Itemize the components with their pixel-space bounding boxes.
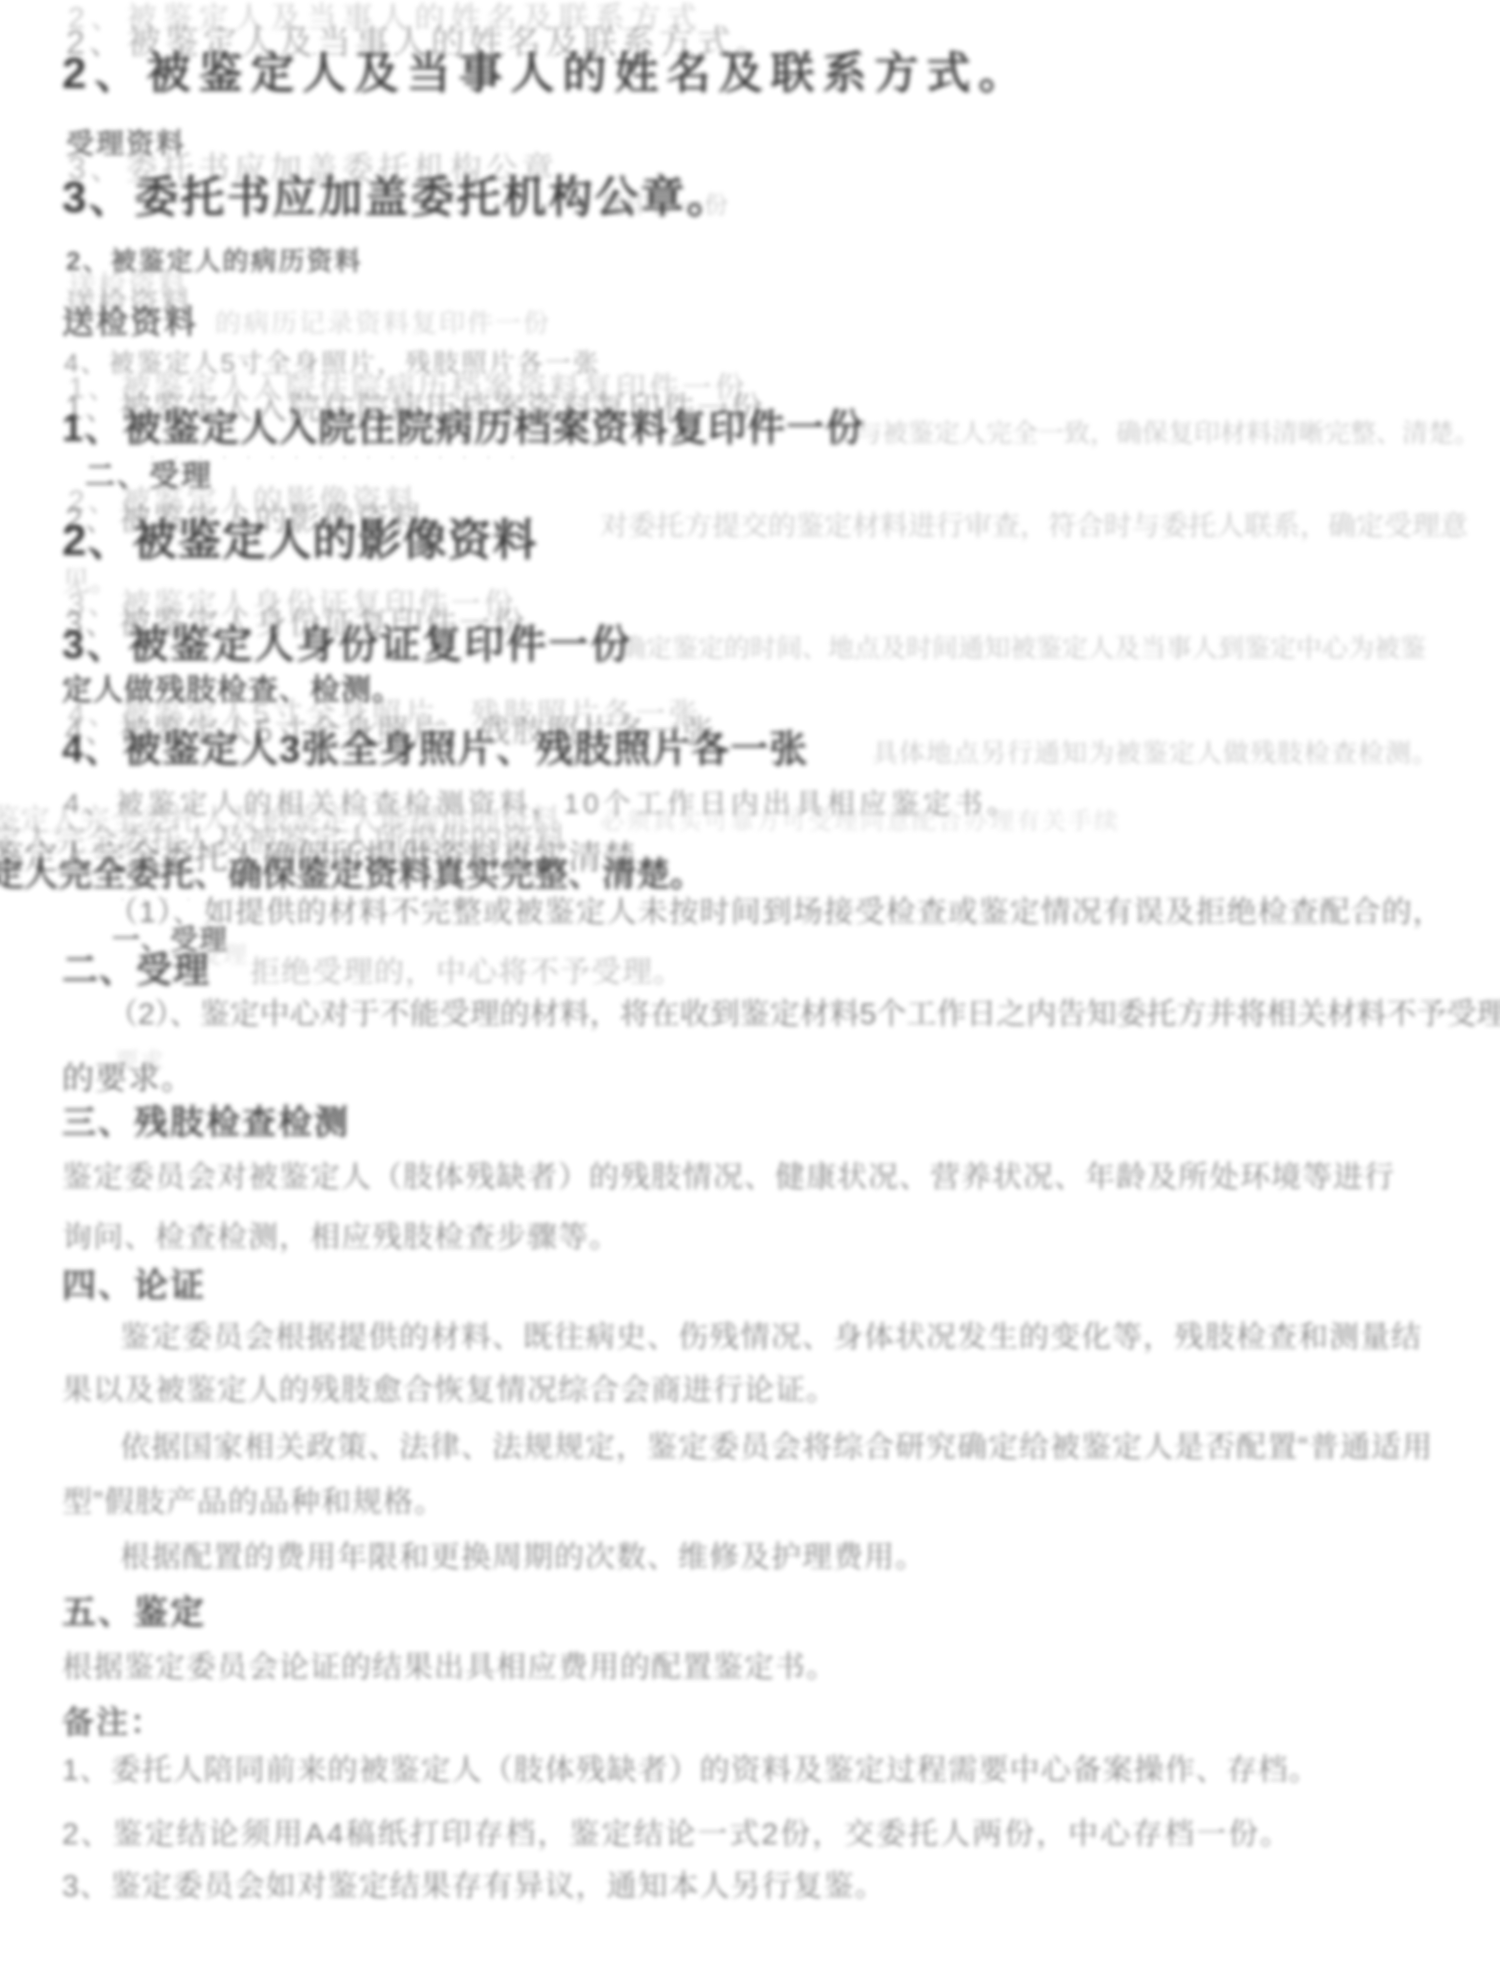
para-jianding: 根据鉴定委员会论证的结果出具相应费用的配置鉴定书。: [62, 1653, 837, 1683]
para-exam-2: 询问、检查检测，相应残肢检查步骤等。: [62, 1223, 620, 1253]
heading-note: 备注：: [62, 1706, 164, 1738]
item-photo: 4、被鉴定人3张全身照片、残肢照片各一张: [62, 731, 808, 769]
item-contact: 2、被鉴定人及当事人的姓名及联系方式。: [62, 52, 1030, 96]
tail-idcard: 确定鉴定的时间、地点及时间通知被鉴定人及当事人到鉴定中心为被鉴: [620, 635, 1426, 661]
heading-shouli: 二、受理: [62, 952, 210, 988]
wrap-reject-1: 拒绝受理的，中心将不予受理。: [250, 958, 684, 988]
tail-photo: 具体地点另行通知为被鉴定人做残肢检查检测。: [872, 740, 1439, 766]
document-page: 2、被鉴定人及当事人的姓名及联系方式．．．．．．．．．．．．．．．．．．．．．．…: [0, 0, 1500, 1966]
para-exam-1: 鉴定委员会对被鉴定人（肢体残缺者）的残肢情况、健康状况、营养状况、年龄及所处环境…: [62, 1163, 1395, 1193]
para-lunzheng-5: 根据配置的费用年限和更换周期的次数、维修及护理费用。: [120, 1543, 926, 1573]
tail-songjian: 的病历记录资料复印件一份: [215, 310, 551, 336]
item-hospital: 1、被鉴定人入院住院病历档案资料复印件一份: [62, 410, 864, 448]
note-3: 3、鉴定委员会如对鉴定结果存有异议，通知本人另行复鉴。: [62, 1872, 886, 1902]
tail-seal: 复印件一份: [600, 194, 730, 218]
para-lunzheng-4: 型”假肢产品的品种和规格。: [62, 1488, 445, 1518]
note-2: 2、鉴定结论须用A4稿纸打印存档，鉴定结论一式2份，交委托人两份，中心存档一份。: [62, 1820, 1292, 1850]
para-lunzheng-3: 依据国家相关政策、法律、法规规定，鉴定委员会将综合研究确定给被鉴定人是否配置“普…: [120, 1433, 1433, 1463]
heading-jianding: 五、鉴定: [62, 1596, 206, 1630]
para-lunzheng-1: 鉴定委员会根据提供的材料、既往病史、伤残情况、身体状况发生的变化等，残肢检查和测…: [120, 1323, 1422, 1353]
tail-imaging: 对委托方提交的鉴定材料进行审查，符合时与委托人联系，确定受理意: [600, 512, 1468, 540]
para-reject-1: （1）、如提供的材料不完整或被鉴定人未按时间到场接受检查或鉴定情况有误及拒绝检查…: [108, 898, 1444, 928]
para-reject-2: （2）、鉴定中心对于不能受理的材料，将在收到鉴定材料5个工作日之内告知委托方并将…: [108, 1000, 1500, 1030]
tail-hospital: 与被鉴定人完全一致，确保复印材料清晰完整、清楚。: [856, 420, 1480, 446]
item-imaging: 2、被鉴定人的影像资料: [62, 519, 537, 563]
wrap-yaoqiu: 的要求。: [62, 1062, 194, 1094]
label-songjian: 送检资料: [62, 306, 198, 338]
heading-exam: 三、残肢检查检测: [62, 1106, 350, 1140]
note-1: 1、委托人陪同前来的被鉴定人（肢体残缺者）的资料及鉴定过程需要中心备案操作、存档…: [62, 1756, 1320, 1786]
para-lunzheng-2: 果以及被鉴定人的残肢愈合恢复情况综合会商进行论证。: [62, 1376, 837, 1406]
heading-lunzheng: 四、论证: [62, 1269, 206, 1303]
item-idcard: 3、被鉴定人身份证复印件一份: [62, 625, 632, 665]
overlap-line-a2: 必须真实可靠方可受理同意配合办理有关手续: [600, 810, 1120, 834]
